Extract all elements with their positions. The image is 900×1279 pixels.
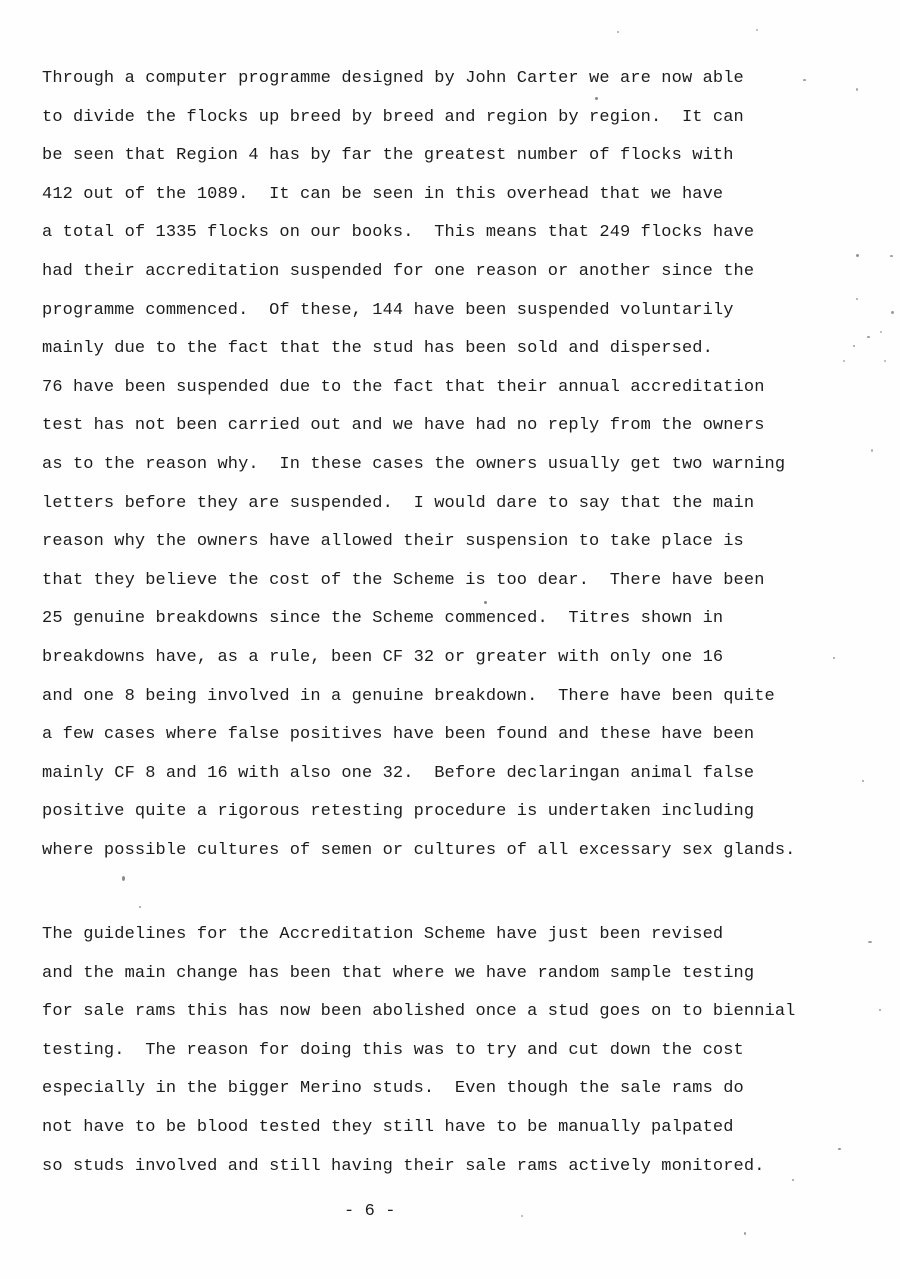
scan-speck — [744, 1232, 746, 1235]
scan-speck — [843, 360, 845, 362]
text-line: 412 out of the 1089. It can be seen in t… — [42, 176, 795, 215]
text-line: not have to be blood tested they still h… — [42, 1109, 795, 1148]
text-line: mainly CF 8 and 16 with also one 32. Bef… — [42, 755, 795, 794]
scan-speck — [803, 79, 806, 81]
scan-speck — [891, 311, 894, 314]
scan-speck — [890, 255, 893, 257]
paragraph-guidelines-revision: The guidelines for the Accreditation Sch… — [42, 916, 795, 1186]
text-line: mainly due to the fact that the stud has… — [42, 330, 795, 369]
text-line: The guidelines for the Accreditation Sch… — [42, 916, 795, 955]
scan-speck — [521, 1215, 523, 1217]
scan-speck — [856, 88, 858, 91]
scan-speck — [879, 1009, 881, 1011]
scan-speck — [838, 1148, 841, 1150]
scan-speck — [484, 601, 487, 604]
document-page: Through a computer programme designed by… — [0, 0, 900, 1279]
text-line: and the main change has been that where … — [42, 955, 795, 994]
text-line: letters before they are suspended. I wou… — [42, 485, 795, 524]
scan-speck — [868, 941, 872, 943]
scan-speck — [122, 876, 125, 881]
scan-speck — [867, 336, 870, 338]
scan-speck — [756, 29, 758, 31]
scan-speck — [853, 345, 855, 347]
text-line: Through a computer programme designed by… — [42, 60, 795, 99]
text-line: reason why the owners have allowed their… — [42, 523, 795, 562]
text-line: so studs involved and still having their… — [42, 1148, 795, 1187]
scan-speck — [856, 254, 859, 257]
text-line: 25 genuine breakdowns since the Scheme c… — [42, 600, 795, 639]
scan-speck — [871, 449, 873, 452]
scan-speck — [880, 331, 882, 333]
scan-speck — [595, 97, 598, 100]
scan-speck — [856, 298, 858, 300]
paragraph-accreditation-stats: Through a computer programme designed by… — [42, 60, 795, 870]
text-line: where possible cultures of semen or cult… — [42, 832, 795, 871]
text-line: and one 8 being involved in a genuine br… — [42, 678, 795, 717]
text-line: as to the reason why. In these cases the… — [42, 446, 795, 485]
text-line: a few cases where false positives have b… — [42, 716, 795, 755]
scan-speck — [139, 906, 141, 908]
text-line: test has not been carried out and we hav… — [42, 407, 795, 446]
scan-speck — [833, 657, 835, 659]
text-line: be seen that Region 4 has by far the gre… — [42, 137, 795, 176]
text-line: breakdowns have, as a rule, been CF 32 o… — [42, 639, 795, 678]
text-line: to divide the flocks up breed by breed a… — [42, 99, 795, 138]
scan-speck — [792, 1179, 794, 1181]
text-line: especially in the bigger Merino studs. E… — [42, 1070, 795, 1109]
text-line: that they believe the cost of the Scheme… — [42, 562, 795, 601]
text-line: positive quite a rigorous retesting proc… — [42, 793, 795, 832]
scan-speck — [862, 780, 864, 782]
text-line: programme commenced. Of these, 144 have … — [42, 292, 795, 331]
text-line: 76 have been suspended due to the fact t… — [42, 369, 795, 408]
scan-speck — [617, 31, 619, 33]
text-line: a total of 1335 flocks on our books. Thi… — [42, 214, 795, 253]
text-line: for sale rams this has now been abolishe… — [42, 993, 795, 1032]
text-line: had their accreditation suspended for on… — [42, 253, 795, 292]
page-number: - 6 - — [344, 1193, 396, 1232]
text-line: testing. The reason for doing this was t… — [42, 1032, 795, 1071]
scan-speck — [884, 360, 886, 362]
